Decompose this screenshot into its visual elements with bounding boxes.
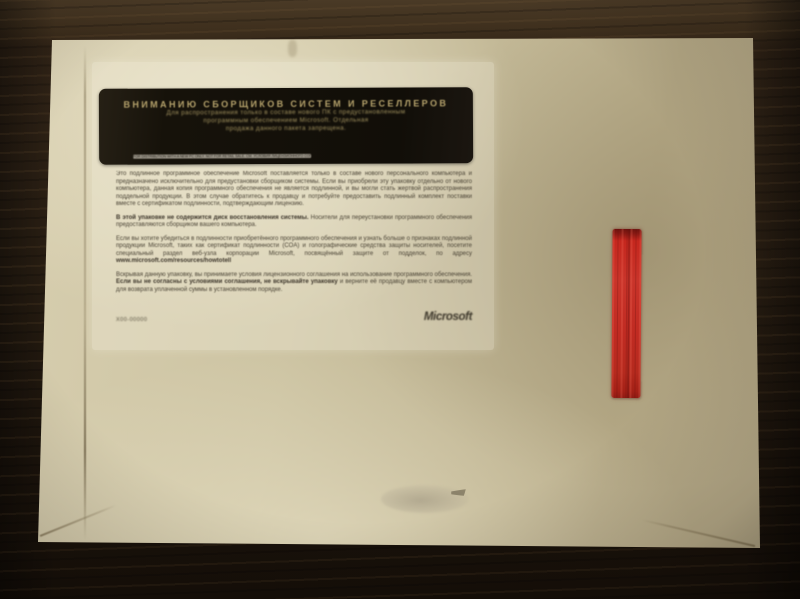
red-seal-sticker bbox=[611, 229, 641, 398]
license-text-block: Это подлинное программное обеспечение Mi… bbox=[116, 171, 472, 300]
license-paragraph-1-text: Это подлинное программное обеспечение Mi… bbox=[116, 171, 472, 207]
warning-label-subtitle-line-2: программным обеспечением Microsoft. Отде… bbox=[99, 116, 473, 126]
license-paragraph-1: Это подлинное программное обеспечение Mi… bbox=[116, 171, 472, 209]
part-number: X00-00000 bbox=[116, 317, 147, 323]
license-paragraph-2-rest: Носители для переустановки программного … bbox=[116, 215, 472, 229]
fold-crease-bottom-left bbox=[40, 504, 117, 536]
license-paragraph-4-bold: Если вы не согласны с условиями соглашен… bbox=[116, 279, 338, 285]
scuff-mark-tip bbox=[451, 489, 466, 496]
warning-label-subtitle-line-1: Для распространения только в составе нов… bbox=[99, 108, 473, 118]
oem-software-envelope: ВНИМАНИЮ СБОРЩИКОВ СИСТЕМ И РЕСЕЛЛЕРОВ Д… bbox=[0, 0, 800, 599]
scuff-mark bbox=[381, 485, 469, 513]
microsoft-logo: Microsoft bbox=[424, 311, 472, 323]
warning-label: ВНИМАНИЮ СБОРЩИКОВ СИСТЕМ И РЕСЕЛЛЕРОВ Д… bbox=[99, 87, 473, 165]
printed-label-area bbox=[92, 62, 494, 350]
warning-label-fine-print: FOR DISTRIBUTION WITH A NEW PC ONLY. NOT… bbox=[133, 153, 311, 158]
license-paragraph-3-text: Если вы хотите убедиться в подлинности п… bbox=[116, 236, 472, 257]
anti-piracy-url: www.microsoft.com/resources/howtotell bbox=[116, 258, 231, 264]
license-paragraph-2-bold: В этой упаковке не содержится диск восст… bbox=[116, 215, 309, 221]
fold-crease-vertical bbox=[84, 46, 86, 540]
license-paragraph-4: Вскрывая данную упаковку, вы принимаете … bbox=[116, 272, 472, 295]
top-edge-smudge bbox=[288, 40, 297, 57]
warning-label-subtitle-line-3: продажа данного пакета запрещена. bbox=[99, 124, 473, 134]
license-paragraph-4-pre: Вскрывая данную упаковку, вы принимаете … bbox=[116, 272, 472, 278]
warning-label-title: ВНИМАНИЮ СБОРЩИКОВ СИСТЕМ И РЕСЕЛЛЕРОВ bbox=[99, 98, 473, 110]
license-paragraph-4-post: и верните её продавцу вместе с компьютер… bbox=[116, 279, 472, 293]
fold-crease-bottom-right bbox=[642, 519, 755, 547]
license-paragraph-3: Если вы хотите убедиться в подлинности п… bbox=[116, 236, 472, 266]
label-footer-row: X00-00000 Microsoft bbox=[116, 311, 472, 323]
license-paragraph-2: В этой упаковке не содержится диск восст… bbox=[116, 215, 472, 230]
